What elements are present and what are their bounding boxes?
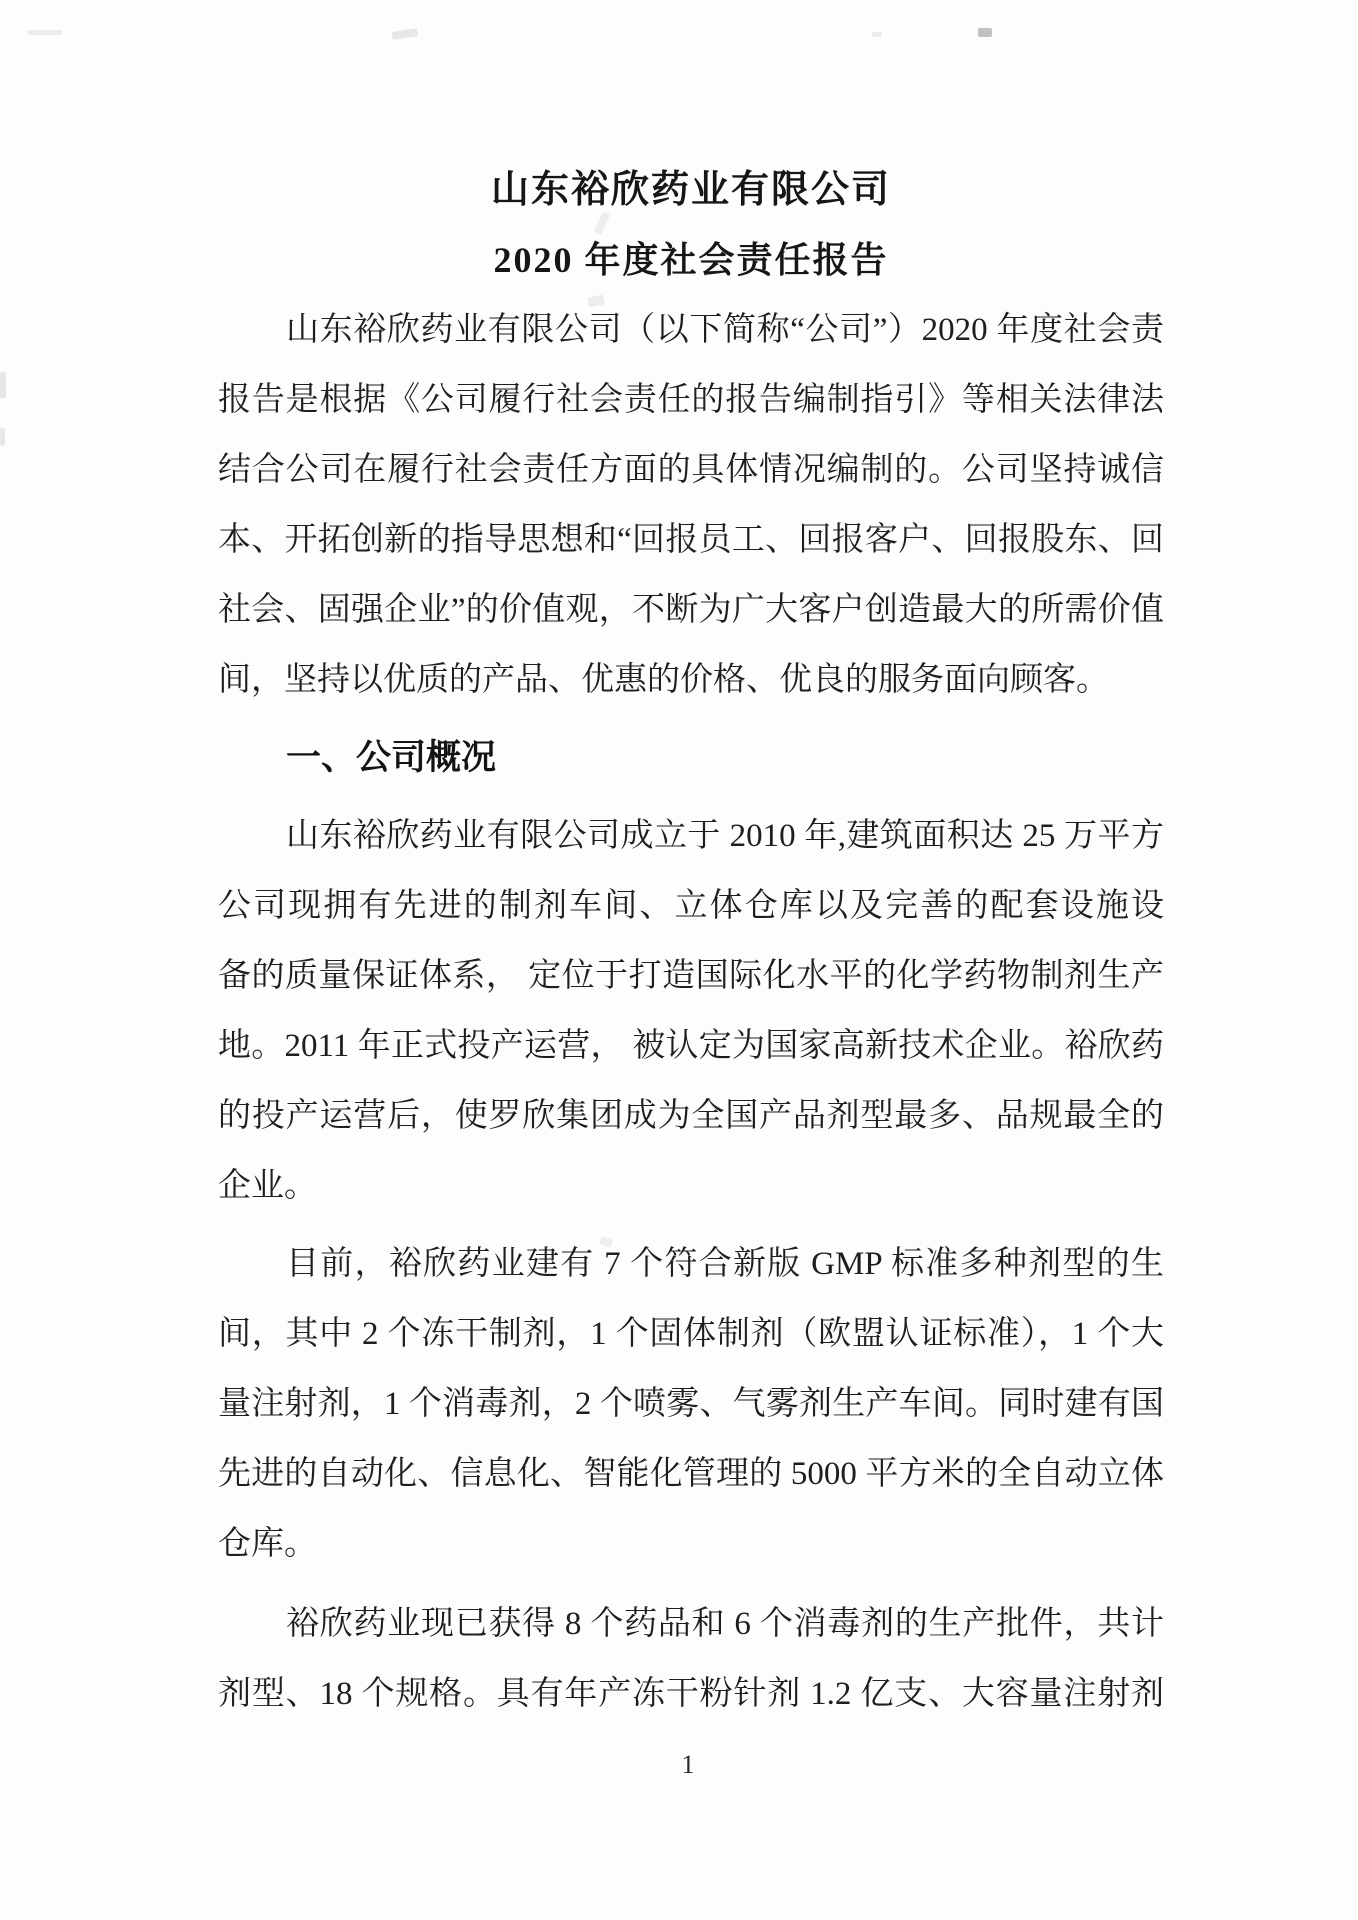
text-line: 间，坚持以优质的产品、优惠的价格、优良的服务面向顾客。 xyxy=(218,645,1164,715)
document-body: 山东裕欣药业有限公司 2020 年度社会责任报告 山东裕欣药业有限公司（以下简称… xyxy=(218,155,1164,1729)
paragraph-approvals: 裕欣药业现已获得 8 个药品和 6 个消毒剂的生产批件，共计 4 个 剂型、18… xyxy=(218,1589,1164,1729)
scan-artifact xyxy=(872,32,882,37)
document-title-report: 2020 年度社会责任报告 xyxy=(218,225,1164,295)
scan-artifact xyxy=(28,30,62,35)
document-page: 山东裕欣药业有限公司 2020 年度社会责任报告 山东裕欣药业有限公司（以下简称… xyxy=(0,0,1358,1920)
scan-artifact xyxy=(0,372,6,398)
text-line: 社会、固强企业”的价值观，不断为广大客户创造最大的所需价值空 xyxy=(218,575,1164,645)
text-line: 目前，裕欣药业建有 7 个符合新版 GMP 标准多种剂型的生产车 xyxy=(218,1229,1164,1299)
text-line: 企业。 xyxy=(218,1151,1164,1221)
text-line: 先进的自动化、信息化、智能化管理的 5000 平方米的全自动立体化 xyxy=(218,1439,1164,1509)
page-number: 1 xyxy=(0,1745,1358,1785)
text-line: 本、开拓创新的指导思想和“回报员工、回报客户、回报股东、回报 xyxy=(218,505,1164,575)
text-line: 备的质量保证体系， 定位于打造国际化水平的化学药物制剂生产基 xyxy=(218,941,1164,1011)
paragraph-intro: 山东裕欣药业有限公司（以下简称“公司”）2020 年度社会责任 报告是根据《公司… xyxy=(218,295,1164,715)
text-line: 的投产运营后，使罗欣集团成为全国产品剂型最多、品规最全的制药 xyxy=(218,1081,1164,1151)
text-line: 间，其中 2 个冻干制剂，1 个固体制剂（欧盟认证标准），1 个大容 xyxy=(218,1299,1164,1369)
text-line: 量注射剂，1 个消毒剂，2 个喷雾、气雾剂生产车间。同时建有国际 xyxy=(218,1369,1164,1439)
text-line: 裕欣药业现已获得 8 个药品和 6 个消毒剂的生产批件，共计 4 个 xyxy=(218,1589,1164,1659)
text-line: 山东裕欣药业有限公司（以下简称“公司”）2020 年度社会责任 xyxy=(218,295,1164,365)
scan-artifact xyxy=(978,28,992,37)
paragraph-company-profile: 山东裕欣药业有限公司成立于 2010 年,建筑面积达 25 万平方米， 公司现拥… xyxy=(218,801,1164,1221)
document-title-company: 山东裕欣药业有限公司 xyxy=(218,155,1164,225)
text-line: 结合公司在履行社会责任方面的具体情况编制的。公司坚持诚信为 xyxy=(218,435,1164,505)
paragraph-workshops: 目前，裕欣药业建有 7 个符合新版 GMP 标准多种剂型的生产车 间，其中 2 … xyxy=(218,1229,1164,1579)
section-heading-company-overview: 一、公司概况 xyxy=(218,723,1164,793)
text-line: 剂型、18 个规格。具有年产冻干粉针剂 1.2 亿支、大容量注射剂 2000 xyxy=(218,1659,1164,1729)
text-line: 仓库。 xyxy=(218,1509,1164,1579)
text-line: 地。2011 年正式投产运营， 被认定为国家高新技术企业。裕欣药业 xyxy=(218,1011,1164,1081)
scan-artifact xyxy=(0,428,5,446)
scan-artifact xyxy=(392,28,419,40)
text-line: 公司现拥有先进的制剂车间、立体仓库以及完善的配套设施设备，完 xyxy=(218,871,1164,941)
text-line: 山东裕欣药业有限公司成立于 2010 年,建筑面积达 25 万平方米， xyxy=(218,801,1164,871)
text-line: 报告是根据《公司履行社会责任的报告编制指引》等相关法律法规， xyxy=(218,365,1164,435)
